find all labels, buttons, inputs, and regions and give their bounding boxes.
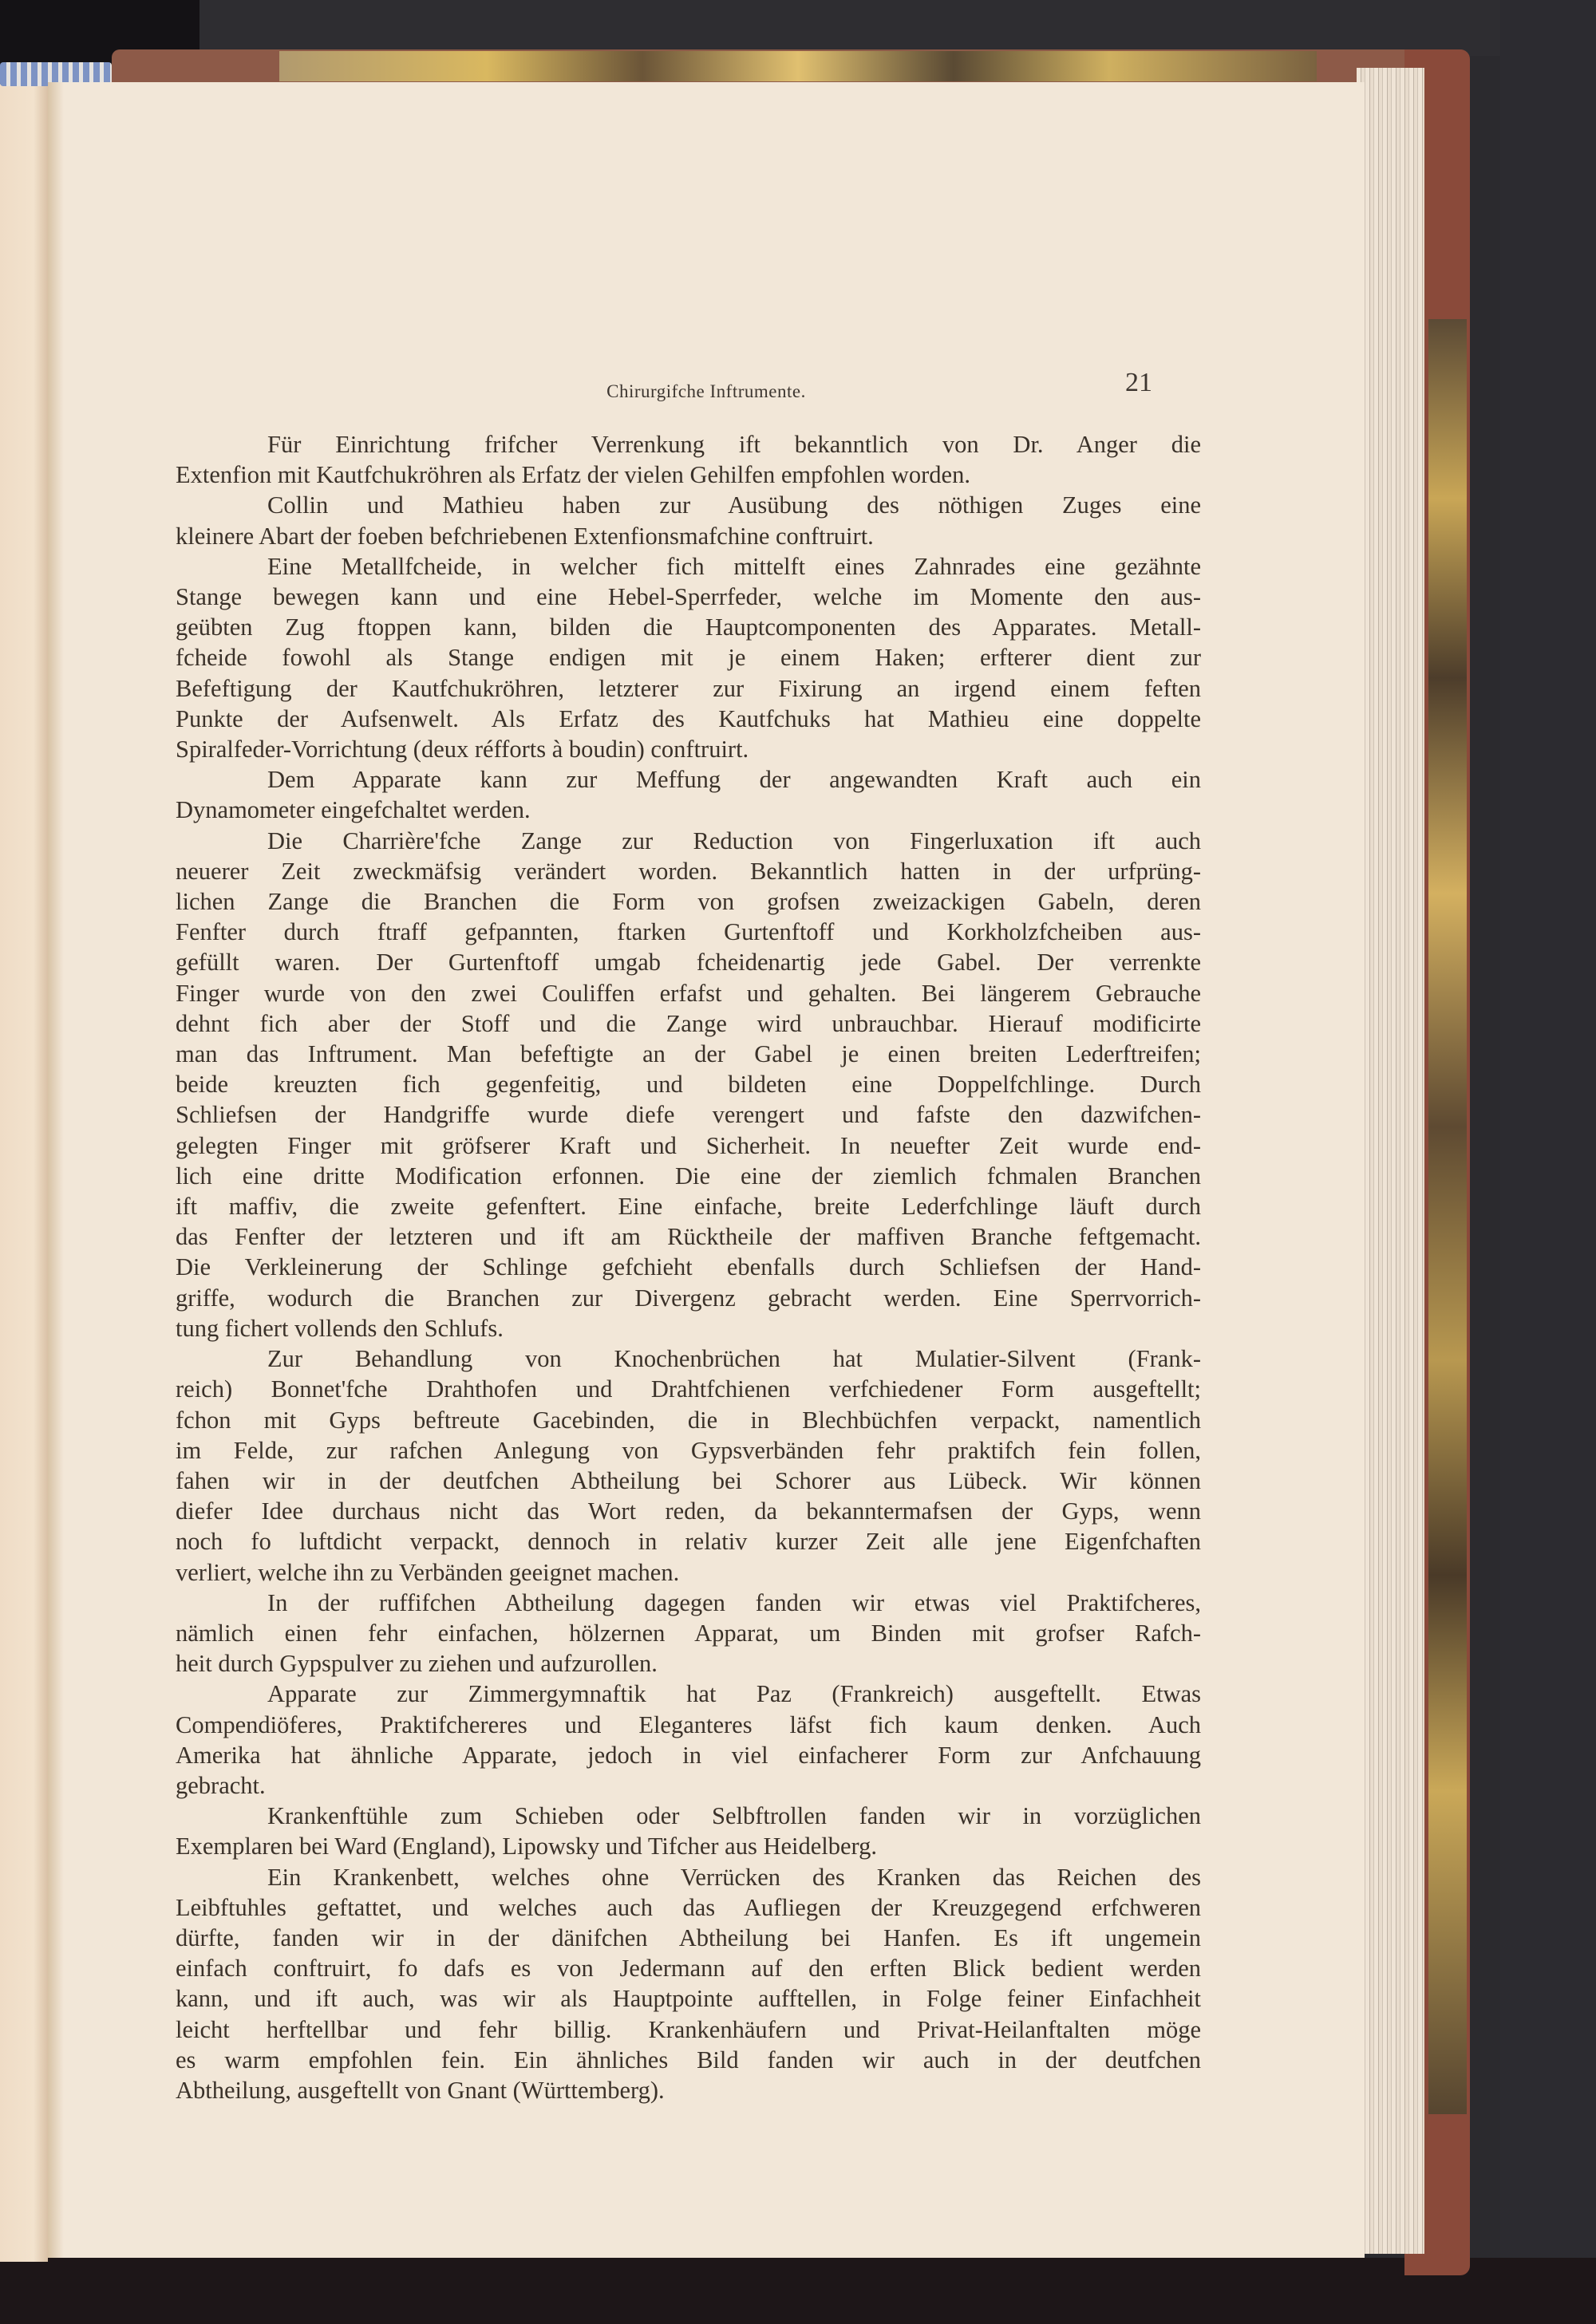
text-line: neuerer Zeit zweckmäfsig verändert worde… — [176, 856, 1201, 886]
text-line: einfach conftruirt, fo dafs es von Jeder… — [176, 1953, 1201, 1983]
paragraph: In der ruffifchen Abtheilung dagegen fan… — [176, 1588, 1201, 1679]
text-line: gefüllt waren. Der Gurtenftoff umgab fch… — [176, 947, 1201, 977]
text-line: beide kreuzten fich gegenfeitig, und bil… — [176, 1069, 1201, 1099]
text-line: Collin und Mathieu haben zur Ausübung de… — [176, 490, 1201, 520]
text-line: Zur Behandlung von Knochenbrüchen hat Mu… — [176, 1344, 1201, 1374]
running-head: Chirurgifche Inftrumente. — [48, 381, 1365, 402]
text-line: Dem Apparate kann zur Meffung der angewa… — [176, 764, 1201, 795]
text-line: griffe, wodurch die Branchen zur Diverge… — [176, 1283, 1201, 1313]
text-line: man das Inftrument. Man befeftigte an de… — [176, 1039, 1201, 1069]
text-line: Abtheilung, ausgeftellt von Gnant (Württ… — [176, 2075, 1201, 2105]
text-line: Für Einrichtung frifcher Verrenkung ift … — [176, 429, 1201, 460]
text-line: Finger wurde von den zwei Couliffen erfa… — [176, 978, 1201, 1008]
text-line: Eine Metallfcheide, in welcher fich mitt… — [176, 551, 1201, 582]
text-line: Exemplaren bei Ward (England), Lipowsky … — [176, 1831, 1201, 1861]
text-line: Die Charrière'fche Zange zur Reduction v… — [176, 826, 1201, 856]
text-line: Befeftigung der Kautfchukröhren, letzter… — [176, 673, 1201, 704]
text-line: reich) Bonnet'fche Drahthofen und Drahtf… — [176, 1374, 1201, 1404]
paragraph: Die Charrière'fche Zange zur Reduction v… — [176, 826, 1201, 1344]
text-line: leicht herftellbar und fehr billig. Kran… — [176, 2014, 1201, 2045]
text-line: Dynamometer eingefchaltet werden. — [176, 795, 1201, 825]
text-line: nämlich einen fehr einfachen, hölzernen … — [176, 1618, 1201, 1648]
text-line: fchon mit Gyps beftreute Gacebinden, die… — [176, 1405, 1201, 1435]
paragraph: Collin und Mathieu haben zur Ausübung de… — [176, 490, 1201, 550]
text-line: lich eine dritte Modification erfonnen. … — [176, 1161, 1201, 1191]
text-line: Punkte der Aufsenwelt. Als Erfatz des Ka… — [176, 704, 1201, 734]
text-line: Apparate zur Zimmergymnaftik hat Paz (Fr… — [176, 1679, 1201, 1709]
text-line: Schliefsen der Handgriffe wurde diefe ve… — [176, 1099, 1201, 1130]
page-gutter — [48, 82, 64, 2258]
book-cover-top-marble — [279, 51, 1317, 81]
text-line: Leibftuhles geftattet, und welches auch … — [176, 1892, 1201, 1923]
text-line: diefer Idee durchaus nicht das Wort rede… — [176, 1496, 1201, 1526]
paragraph: Apparate zur Zimmergymnaftik hat Paz (Fr… — [176, 1679, 1201, 1801]
text-line: Amerika hat ähnliche Apparate, jedoch in… — [176, 1740, 1201, 1770]
paragraph: Eine Metallfcheide, in welcher fich mitt… — [176, 551, 1201, 764]
text-line: gelegten Finger mit gröfserer Kraft und … — [176, 1130, 1201, 1161]
paragraph: Krankenftühle zum Schieben oder Selbftro… — [176, 1801, 1201, 1861]
text-line: verliert, welche ihn zu Verbänden geeign… — [176, 1557, 1201, 1588]
body-text: Für Einrichtung frifcher Verrenkung ift … — [176, 429, 1201, 2105]
text-line: Ein Krankenbett, welches ohne Verrücken … — [176, 1862, 1201, 1892]
page-edge-stack — [1357, 68, 1424, 2254]
text-line: Die Verkleinerung der Schlinge gefchieht… — [176, 1252, 1201, 1282]
text-line: geübten Zug ftoppen kann, bilden die Hau… — [176, 612, 1201, 642]
text-line: fahen wir in der deutfchen Abtheilung be… — [176, 1466, 1201, 1496]
text-line: Extenfion mit Kautfchukröhren als Erfatz… — [176, 460, 1201, 490]
text-line: fcheide fowohl als Stange endigen mit je… — [176, 642, 1201, 673]
text-line: kleinere Abart der foeben befchriebenen … — [176, 521, 1201, 551]
text-line: dürfte, fanden wir in der dänifchen Abth… — [176, 1923, 1201, 1953]
text-line: Compendiöferes, Praktifchereres und Eleg… — [176, 1710, 1201, 1740]
book-page: Chirurgifche Inftrumente. 21 Für Einrich… — [48, 82, 1365, 2258]
text-line: dehnt fich aber der Stoff und die Zange … — [176, 1008, 1201, 1039]
paragraph: Ein Krankenbett, welches ohne Verrücken … — [176, 1862, 1201, 2106]
text-line: In der ruffifchen Abtheilung dagegen fan… — [176, 1588, 1201, 1618]
background-bottom — [0, 2258, 1596, 2324]
text-line: heit durch Gypspulver zu ziehen und aufz… — [176, 1648, 1201, 1679]
text-line: noch fo luftdicht verpackt, dennoch in r… — [176, 1526, 1201, 1557]
text-line: gebracht. — [176, 1770, 1201, 1801]
text-line: Fenfter durch ftraff gefpannten, ftarken… — [176, 917, 1201, 947]
text-line: Spiralfeder-Vorrichtung (deux réfforts à… — [176, 734, 1201, 764]
text-line: Stange bewegen kann und eine Hebel-Sperr… — [176, 582, 1201, 612]
text-line: kann, und ift auch, was wir als Hauptpoi… — [176, 1983, 1201, 2014]
text-line: das Fenfter der letzteren und ift am Rüc… — [176, 1221, 1201, 1252]
page-number: 21 — [1125, 368, 1152, 398]
text-line: im Felde, zur rafchen Anlegung von Gypsv… — [176, 1435, 1201, 1466]
text-line: es warm empfohlen fein. Ein ähnliches Bi… — [176, 2045, 1201, 2075]
text-line: tung fichert vollends den Schlufs. — [176, 1313, 1201, 1344]
paragraph: Zur Behandlung von Knochenbrüchen hat Mu… — [176, 1344, 1201, 1588]
background-right — [1500, 0, 1596, 2324]
left-page-sliver — [0, 84, 48, 2262]
paragraph: Für Einrichtung frifcher Verrenkung ift … — [176, 429, 1201, 490]
background-top — [0, 0, 1596, 56]
text-line: Krankenftühle zum Schieben oder Selbftro… — [176, 1801, 1201, 1831]
text-line: ift maffiv, die zweite gefenftert. Eine … — [176, 1191, 1201, 1221]
paragraph: Dem Apparate kann zur Meffung der angewa… — [176, 764, 1201, 825]
book-cover-right-marble — [1428, 319, 1467, 2114]
text-line: lichen Zange die Branchen die Form von g… — [176, 886, 1201, 917]
